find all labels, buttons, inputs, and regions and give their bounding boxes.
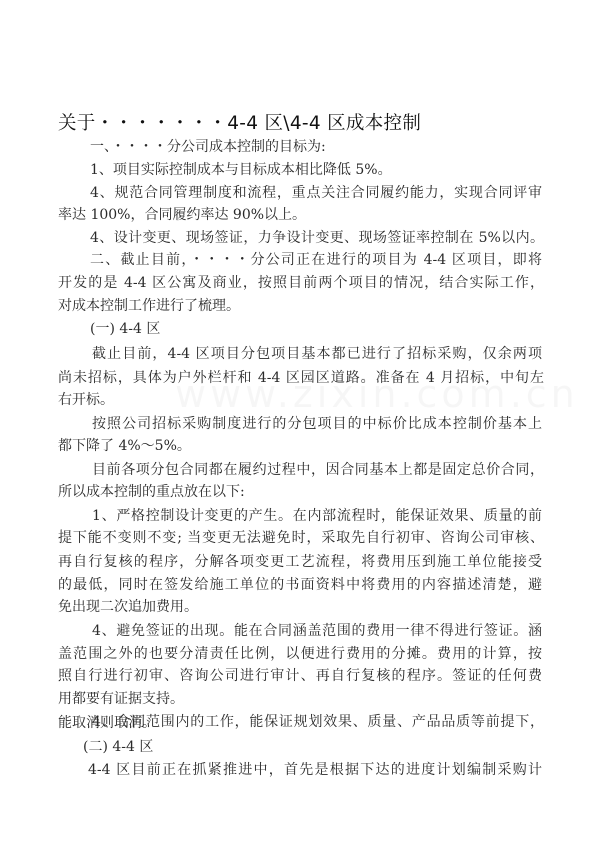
body-line: 开发的是 4-4 区公寓及商业，按照目前两个项目的情况，结合实际工作， <box>58 273 544 293</box>
body-line: 4、设计变更、现场签证，力争设计变更、现场签证率控制在 5%以内。 <box>90 228 544 248</box>
body-line: 二、截止目前，・・・・分公司正在进行的项目为 4-4 区项目，即将 <box>90 250 542 270</box>
body-line: 右开标。 <box>58 390 114 410</box>
body-line: 对成本控制工作进行了梳理。 <box>58 296 240 316</box>
body-line: 目前各项分包合同都在履约过程中，因合同基本上都是固定总价合同， <box>92 460 544 480</box>
body-line: 能取消则取消。 <box>58 713 156 733</box>
body-line: 4-4 区目前正在抓紧推进中，首先是根据下达的进度计划编制采购计 <box>88 760 542 780</box>
body-line: 免出现二次追加费用。 <box>58 597 198 617</box>
body-line: 用都要有证据支持。 <box>58 689 184 709</box>
body-line: 4、合同范围内的工作，能保证规划效果、质量、产品品质等前提下， <box>92 712 544 732</box>
document-title: 关于・・・・・・・4-4 区\4-4 区成本控制 <box>58 109 421 135</box>
body-line: (二) 4-4 区 <box>83 737 153 757</box>
body-line: 的最低，同时在签发给施工单位的书面资料中将费用的内容描述清楚，避 <box>58 575 542 595</box>
body-line: 一、・・・・分公司成本控制的目标为: <box>90 137 326 157</box>
body-line: 率达 100%，合同履约率达 90%以上。 <box>58 205 306 225</box>
body-line: (一) 4-4 区 <box>90 319 160 339</box>
body-line: 所以成本控制的重点放在以下: <box>58 482 245 502</box>
document-page: 关于・・・・・・・4-4 区\4-4 区成本控制 www.zixin.com.c… <box>0 0 600 849</box>
body-line: 4、避免签证的出现。能在合同涵盖范围的费用一律不得进行签证。涵 <box>92 621 542 641</box>
body-line: 截止目前，4-4 区项目分包项目基本都已进行了招标采购，仅余两项 <box>92 344 542 364</box>
body-line: 4、规范合同管理制度和流程，重点关注合同履约能力，实现合同评审 <box>90 183 542 203</box>
body-line: 1、项目实际控制成本与目标成本相比降低 5%。 <box>90 160 392 180</box>
body-line: 尚未招标，具体为户外栏杆和 4-4 区园区道路。准备在 4 月招标，中旬左 <box>58 368 544 388</box>
body-line: 盖范围之外的也要分清责任比例，以便进行费用的分摊。费用的计算，按 <box>58 644 542 664</box>
body-line: 再自行复核的程序，分解各项变更工艺流程，将费用压到施工单位能接受 <box>58 552 542 572</box>
body-line: 提下能不变则不变; 当变更无法避免时，采取先自行初审、咨询公司审核、 <box>58 528 544 548</box>
body-line: 照自行进行初审、咨询公司进行审计、再自行复核的程序。签证的任何费 <box>58 666 542 686</box>
body-line: 1、严格控制设计变更的产生。在内部流程时，能保证效果、质量的前 <box>92 506 542 526</box>
body-line: 按照公司招标采购制度进行的分包项目的中标价比成本控制价基本上 <box>92 414 542 434</box>
body-line: 都下降了 4%～5%。 <box>58 436 191 456</box>
